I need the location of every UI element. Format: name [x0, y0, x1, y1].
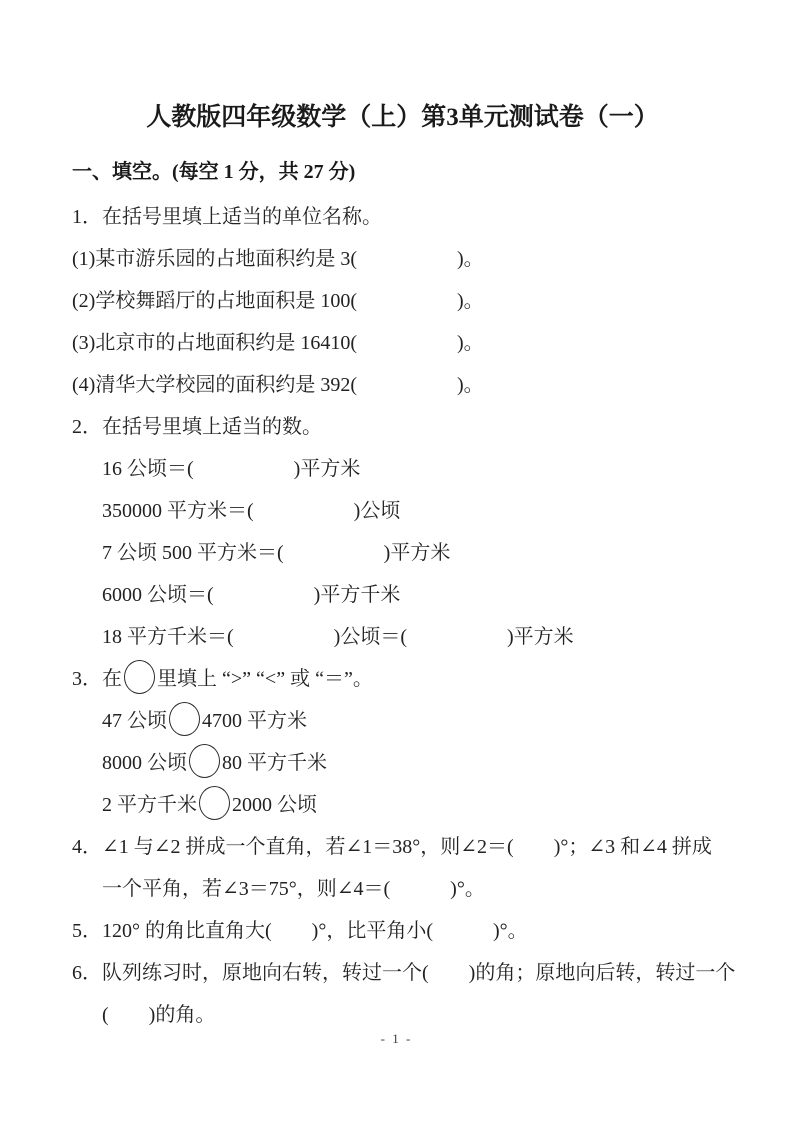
- question-2-item-4: 6000 公顷＝( )平方千米: [72, 574, 733, 616]
- question-4-line-2: 一个平角，若∠3＝75°，则∠4＝( )°。: [72, 868, 733, 910]
- question-2-item-1: 16 公顷＝( )平方米: [72, 448, 733, 490]
- question-6-line-1: 6．队列练习时，原地向右转，转过一个( )的角；原地向后转，转过一个: [72, 952, 733, 994]
- question-5-line-1: 5．120° 的角比直角大( )°，比平角小( )°。: [72, 910, 733, 952]
- question-3-item-2: 8000 公顷80 平方千米: [72, 742, 733, 784]
- circle-blank-icon: [199, 786, 230, 820]
- question-3-stem: 3．在里填上 “>” “<” 或 “＝”。: [72, 658, 733, 700]
- question-1-item-2: (2)学校舞蹈厅的占地面积是 100( )。: [72, 280, 733, 322]
- section-1-heading: 一、填空。(每空 1 分，共 27 分): [72, 148, 733, 196]
- circle-blank-icon: [189, 744, 220, 778]
- question-1-item-3: (3)北京市的占地面积约是 16410( )。: [72, 322, 733, 364]
- question-6-line-2: ( )的角。: [72, 994, 733, 1036]
- page-content: 人教版四年级数学（上）第3单元测试卷（一） 一、填空。(每空 1 分，共 27 …: [72, 0, 733, 1036]
- question-3-item-3-post: 2000 公顷: [232, 794, 317, 816]
- question-3-stem-pre: 3．在: [72, 668, 122, 690]
- question-3-item-3: 2 平方千米2000 公顷: [72, 784, 733, 826]
- question-3-item-2-pre: 8000 公顷: [102, 752, 187, 774]
- question-3-item-1-post: 4700 平方米: [202, 710, 307, 732]
- question-2-item-2: 350000 平方米＝( )公顷: [72, 490, 733, 532]
- circle-blank-icon: [124, 660, 155, 694]
- exam-title: 人教版四年级数学（上）第3单元测试卷（一）: [72, 0, 733, 135]
- page-number: - 1 -: [0, 1031, 793, 1047]
- question-3-stem-post: 里填上 “>” “<” 或 “＝”。: [157, 668, 373, 690]
- question-2-item-5: 18 平方千米＝( )公顷＝( )平方米: [72, 616, 733, 658]
- question-1-stem: 1．在括号里填上适当的单位名称。: [72, 196, 733, 238]
- question-1-item-4: (4)清华大学校园的面积约是 392( )。: [72, 364, 733, 406]
- test-paper-page: 人教版四年级数学（上）第3单元测试卷（一） 一、填空。(每空 1 分，共 27 …: [0, 0, 793, 1122]
- question-4-line-1: 4．∠1 与∠2 拼成一个直角，若∠1＝38°，则∠2＝( )°；∠3 和∠4 …: [72, 826, 733, 868]
- question-3-item-1-pre: 47 公顷: [102, 710, 167, 732]
- question-3-item-2-post: 80 平方千米: [222, 752, 327, 774]
- question-1-item-1: (1)某市游乐园的占地面积约是 3( )。: [72, 238, 733, 280]
- question-3-item-3-pre: 2 平方千米: [102, 794, 197, 816]
- question-2-stem: 2．在括号里填上适当的数。: [72, 406, 733, 448]
- question-3-item-1: 47 公顷4700 平方米: [72, 700, 733, 742]
- circle-blank-icon: [169, 702, 200, 736]
- question-2-item-3: 7 公顷 500 平方米＝( )平方米: [72, 532, 733, 574]
